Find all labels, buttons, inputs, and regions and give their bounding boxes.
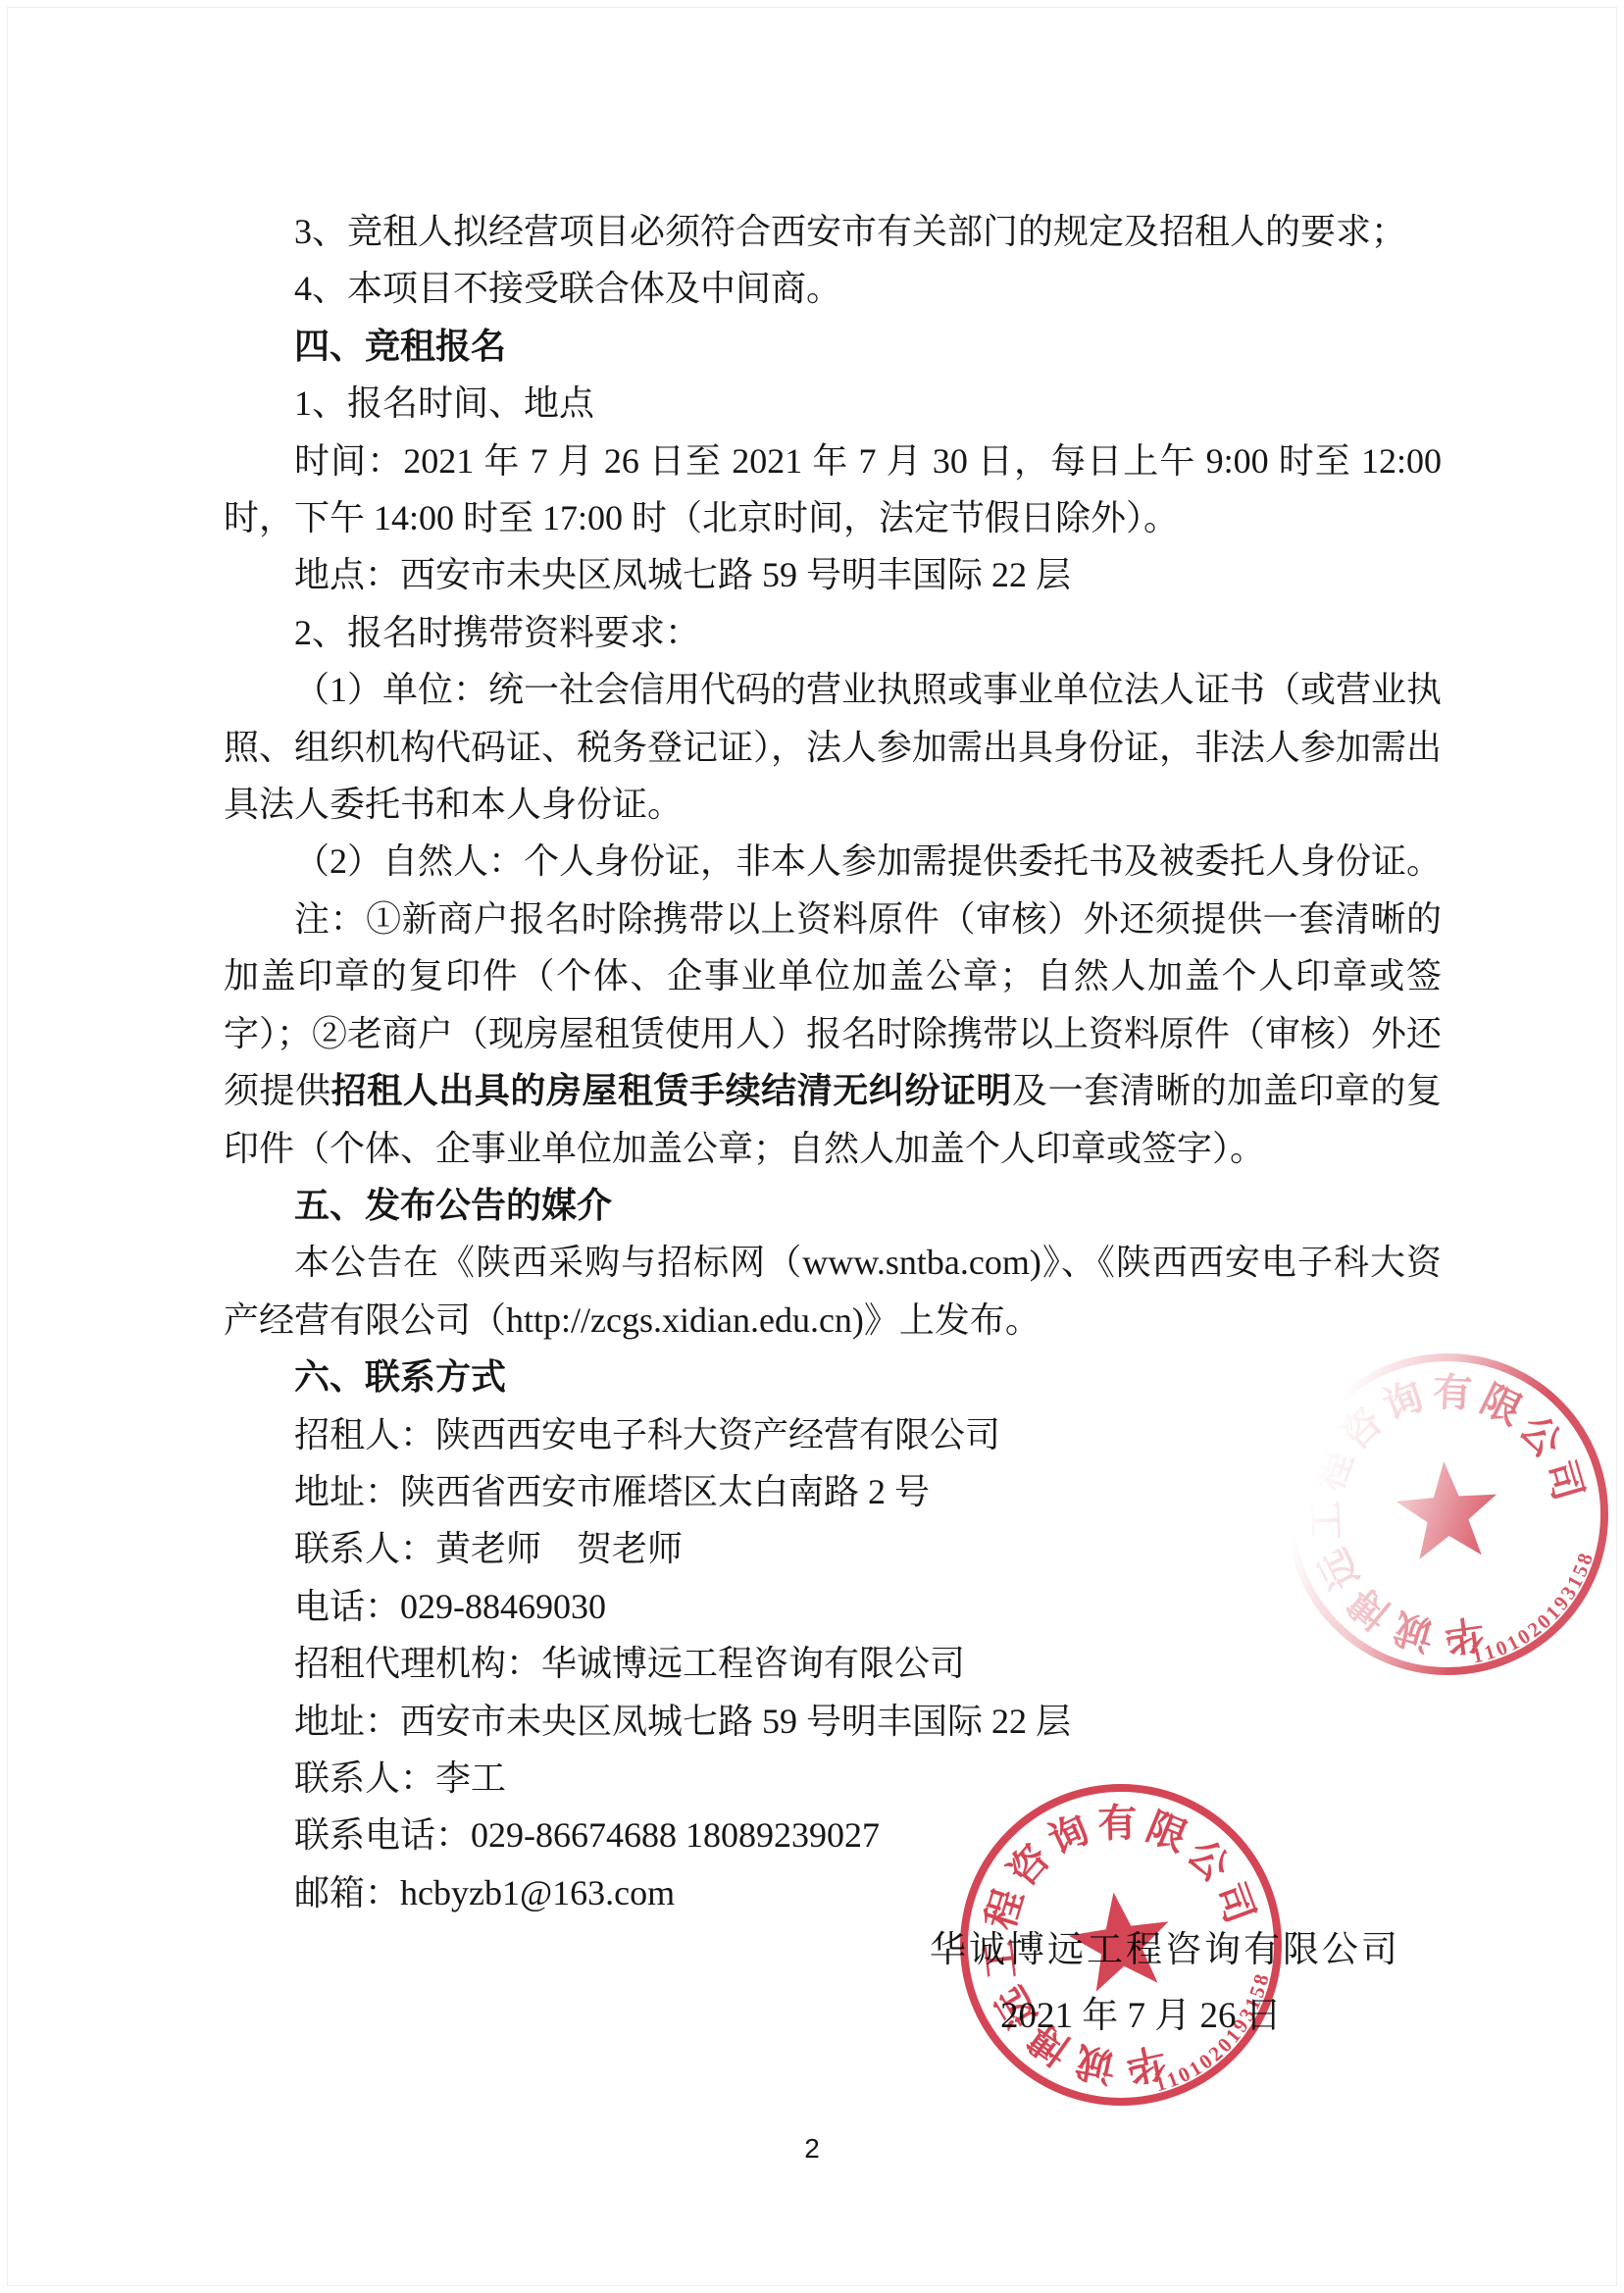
svg-text:1: 1 (1470, 1643, 1485, 1668)
contact-line-lessor: 招租人：陕西西安电子科大资产经营有限公司 (224, 1406, 1442, 1463)
svg-text:1: 1 (1185, 2056, 1205, 2081)
svg-text:诚: 诚 (1072, 2038, 1119, 2089)
svg-text:1: 1 (1562, 1572, 1588, 1593)
media-paragraph: 本公告在《陕西采购与招标网（www.sntba.com)》、《陕西西安电子科大资… (224, 1234, 1442, 1349)
signature-date: 2021 年 7 月 26 日 (1000, 1988, 1400, 2045)
registration-time-paragraph: 时间：2021 年 7 月 26 日至 2021 年 7 月 30 日，每日上午… (224, 433, 1442, 547)
svg-text:0: 0 (1194, 2049, 1217, 2074)
signature-block: 华诚博远工程咨询有限公司 2021 年 7 月 26 日 (930, 1922, 1400, 2045)
section-5-heading: 五、发布公告的媒介 (224, 1177, 1442, 1234)
contact-line-agency-person: 联系人：李工 (224, 1750, 1442, 1807)
svg-text:华: 华 (1123, 2038, 1170, 2089)
svg-text:2: 2 (1204, 2041, 1228, 2065)
svg-text:0: 0 (1493, 1635, 1511, 1660)
registration-time-title: 1、报名时间、地点 (224, 375, 1442, 432)
contact-line-lessor-phone: 电话：029-88469030 (224, 1578, 1442, 1635)
registration-materials-title: 2、报名时携带资料要求： (224, 604, 1442, 661)
section-6-heading: 六、联系方式 (224, 1349, 1442, 1405)
svg-text:0: 0 (1513, 1624, 1535, 1650)
clause-item-4: 4、本项目不接受联合体及中间商。 (224, 260, 1442, 317)
svg-text:3: 3 (1555, 1582, 1581, 1604)
contact-line-lessor-person: 联系人：黄老师 贺老师 (224, 1520, 1442, 1577)
materials-unit-paragraph: （1）单位：统一社会信用代码的营业执照或事业单位法人证书（或营业执照、组织机构代… (224, 661, 1442, 833)
svg-text:司: 司 (1538, 1455, 1591, 1505)
svg-text:1: 1 (1541, 1601, 1565, 1624)
svg-text:1: 1 (1481, 1640, 1497, 1665)
contact-line-agency-phone: 联系电话：029-86674688 18089239027 (224, 1807, 1442, 1863)
svg-text:2: 2 (1523, 1617, 1546, 1642)
svg-text:5: 5 (1567, 1561, 1593, 1580)
svg-text:8: 8 (1572, 1551, 1598, 1567)
seal-serial: 1101020193158 (1468, 1544, 1598, 1676)
svg-text:0: 0 (1532, 1609, 1555, 1634)
svg-text:限: 限 (1474, 1377, 1529, 1434)
svg-text:9: 9 (1548, 1592, 1573, 1614)
svg-text:1: 1 (1163, 2066, 1181, 2092)
svg-text:0: 0 (1174, 2062, 1193, 2087)
contact-line-agency: 招租代理机构：华诚博远工程咨询有限公司 (224, 1635, 1442, 1692)
note-paragraph: 注：①新商户报名时除携带以上资料原件（审核）外还须提供一套清晰的加盖印章的复印件… (224, 891, 1442, 1177)
svg-text:1: 1 (1152, 2070, 1169, 2096)
contact-line-agency-email: 邮箱：hcbyzb1@163.com (224, 1864, 1442, 1921)
section-4-heading: 四、竞租报名 (224, 318, 1442, 375)
page-number: 2 (0, 2132, 1624, 2166)
registration-place-paragraph: 地点：西安市未央区凤城七路 59 号明丰国际 22 层 (224, 546, 1442, 603)
svg-text:1: 1 (1503, 1630, 1523, 1656)
contact-line-lessor-address: 地址：陕西省西安市雁塔区太白南路 2 号 (224, 1463, 1442, 1520)
clause-item-3: 3、竞租人拟经营项目必须符合西安市有关部门的规定及招租人的要求； (224, 203, 1442, 260)
signature-company-name: 华诚博远工程咨询有限公司 (930, 1922, 1400, 1979)
contact-line-agency-address: 地址：西安市未央区凤城七路 59 号明丰国际 22 层 (224, 1693, 1442, 1750)
svg-text:华: 华 (1442, 1610, 1487, 1659)
note-text-bold: 招租人出具的房屋租赁手续结清无纠纷证明 (331, 1071, 1012, 1110)
materials-person-paragraph: （2）自然人：个人身份证，非本人参加需提供委托书及被委托人身份证。 (224, 833, 1442, 890)
scanned-document-page: 3、竞租人拟经营项目必须符合西安市有关部门的规定及招租人的要求； 4、本项目不接… (0, 0, 1624, 2293)
document-body: 3、竞租人拟经营项目必须符合西安市有关部门的规定及招租人的要求； 4、本项目不接… (224, 203, 1442, 1921)
svg-text:公: 公 (1511, 1407, 1570, 1466)
